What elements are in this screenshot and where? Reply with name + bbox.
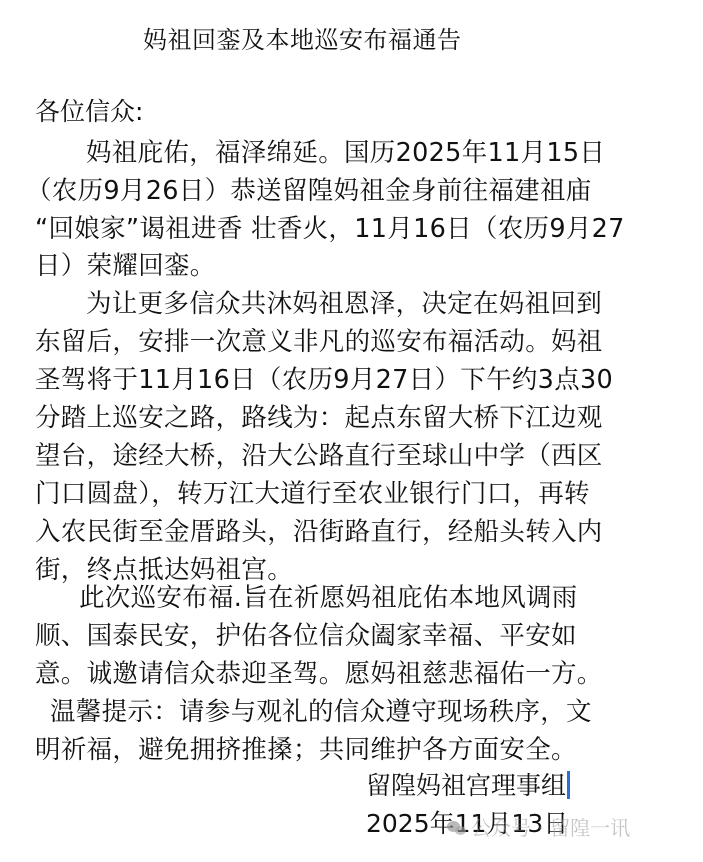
notice-line: （农历9月26日）恭送留隍妈祖金身前往福建祖庙	[26, 175, 592, 207]
notice-line: “回娘家”谒祖进香 壮香火，11月16日（农历9月27	[35, 213, 625, 245]
notice-line: 望台，途经大桥，沿大公路直行至球山中学（西区	[35, 440, 603, 472]
notice-line: 日）荣耀回銮。	[35, 250, 216, 282]
page-title: 妈祖回銮及本地巡安布福通告	[143, 24, 462, 56]
watermark: 公众号 · 留隍一讯	[447, 816, 630, 840]
notice-line: 意。诚邀请信众恭迎圣驾。愿妈祖慈悲福佑一方。	[35, 658, 603, 690]
notice-line: 温馨提示：请参与观礼的信众遵守现场秩序，文	[50, 696, 592, 728]
notice-line: 明祈福，避免拥挤推搡；共同维护各方面安全。	[35, 734, 577, 766]
notice-line: 为让更多信众共沐妈祖恩泽，决定在妈祖回到	[86, 288, 602, 320]
wechat-icon	[447, 820, 467, 836]
notice-line: 顺、国泰民安，护佑各位信众阖家幸福、平安如	[35, 620, 577, 652]
notice-line: 分踏上巡安之路，路线为：起点东留大桥下江边观	[35, 402, 603, 434]
signature-organization[interactable]: 留隍妈祖宫理事组	[366, 770, 570, 802]
notice-line: 此次巡安布福.旨在祈愿妈祖庇佑本地风调雨	[79, 582, 578, 614]
notice-line: 入农民街至金厝路头，沿街路直行，经船头转入内	[35, 516, 603, 548]
notice-line: 圣驾将于11月16日（农历9月27日）下午约3点30	[35, 364, 613, 396]
notice-line: 门口圆盘），转万江大道行至农业银行门口，再转	[35, 478, 590, 510]
salutation: 各位信众:	[35, 96, 143, 128]
notice-document: 妈祖回銮及本地巡安布福通告 各位信众: 妈祖庇佑，福泽绵延。国历2025年11月…	[0, 0, 703, 862]
text-caret	[567, 771, 570, 799]
signature-organization-text: 留隍妈祖宫理事组	[366, 771, 566, 800]
notice-line: 东留后，安排一次意义非凡的巡安布福活动。妈祖	[35, 326, 603, 358]
watermark-text: 公众号 · 留隍一讯	[471, 816, 630, 840]
notice-line: 妈祖庇佑，福泽绵延。国历2025年11月15日	[86, 137, 605, 169]
